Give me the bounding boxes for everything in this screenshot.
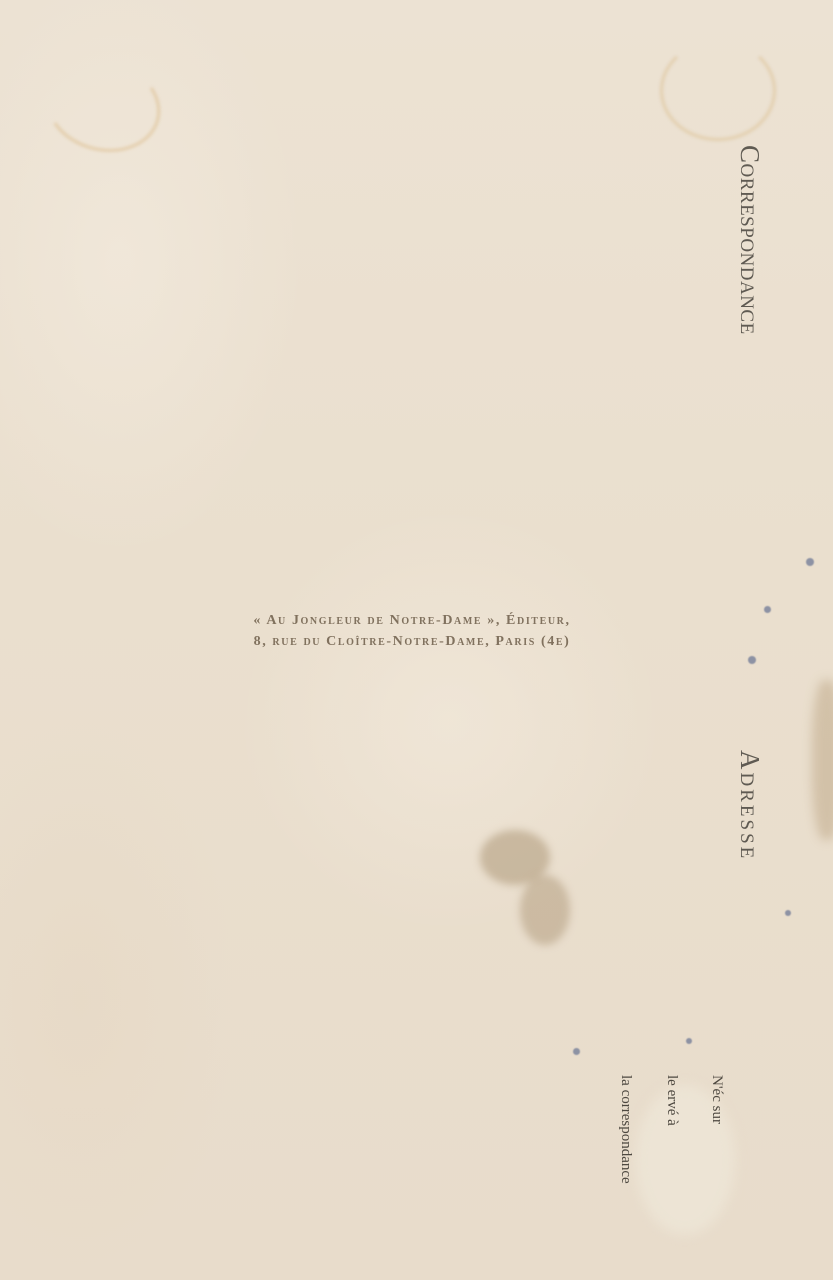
postcard-back: « Au Jongleur de Notre-Dame », Éditeur, … bbox=[0, 0, 833, 1280]
ink-dot bbox=[686, 1038, 692, 1044]
edge-wear-stain bbox=[812, 680, 833, 840]
ink-dot bbox=[806, 558, 814, 566]
water-stain-top-left bbox=[35, 47, 171, 165]
address-heading: Adresse bbox=[734, 750, 765, 861]
note-line-2: le ervé à bbox=[660, 1075, 683, 1126]
ink-dot bbox=[785, 910, 791, 916]
ink-dot bbox=[748, 656, 756, 664]
ink-dot bbox=[573, 1048, 580, 1055]
note-line-3: la correspondance bbox=[614, 1075, 637, 1184]
water-stain-top-right bbox=[660, 40, 776, 141]
publisher-line-2: 8, rue du Cloître-Notre-Dame, Paris (4e) bbox=[172, 631, 652, 652]
note-line-1: N'éc sur bbox=[705, 1075, 728, 1124]
ink-dot bbox=[764, 606, 771, 613]
publisher-imprint: « Au Jongleur de Notre-Dame », Éditeur, … bbox=[172, 610, 652, 652]
publisher-line-1: « Au Jongleur de Notre-Dame », Éditeur, bbox=[172, 610, 652, 631]
smudge-stain-center-lower bbox=[520, 875, 570, 945]
correspondence-heading: Correspondance bbox=[734, 145, 765, 335]
smudge-stain-center bbox=[480, 830, 550, 885]
